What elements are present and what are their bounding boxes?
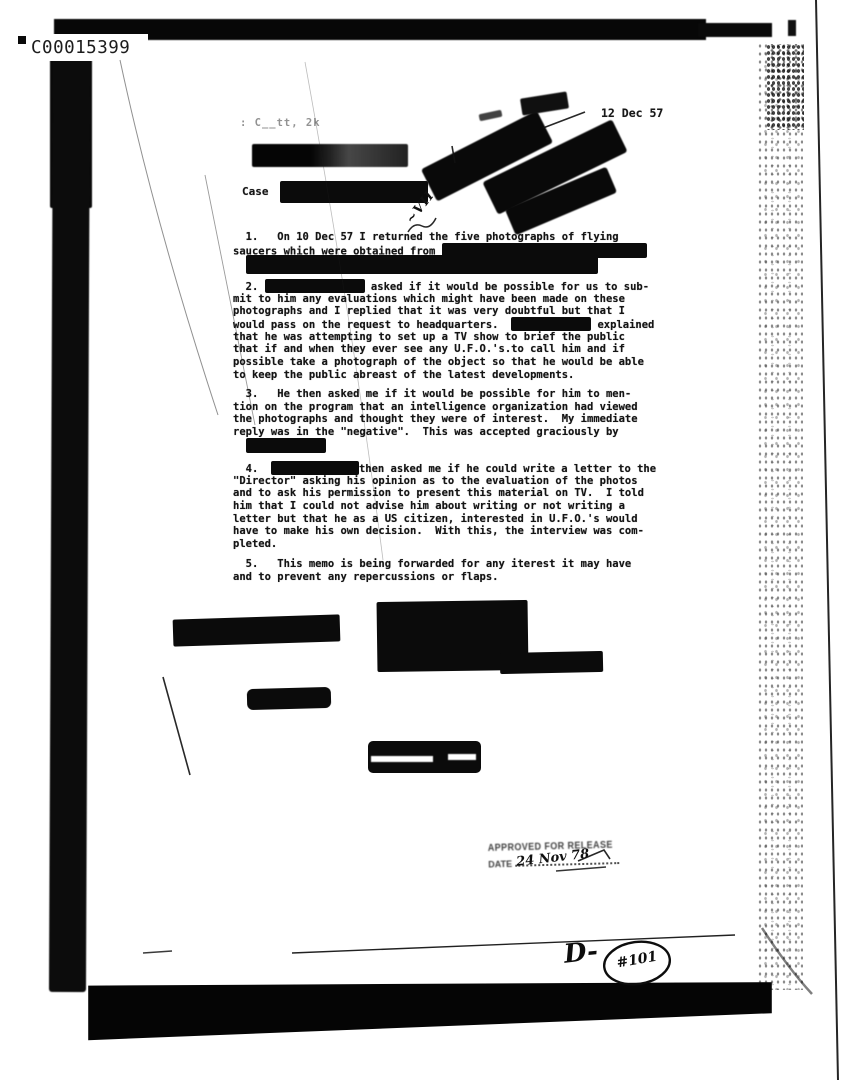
approval-stamp: APPROVED FOR RELEASE DATE 24 Nov 78 xyxy=(488,838,679,872)
redaction-bar xyxy=(252,144,408,167)
redaction-bar xyxy=(246,255,598,274)
memo-line: letter but that he as a US citizen, inte… xyxy=(233,513,678,526)
memo-line: tion on the program that an intelligence… xyxy=(233,401,678,414)
memo-line: that if and when they ever see any U.F.O… xyxy=(233,343,678,356)
doc-id: C00015399 xyxy=(31,38,130,58)
redaction-bar xyxy=(280,181,428,203)
ink-blob xyxy=(520,91,569,115)
memo-line: the photographs and thought they were of… xyxy=(233,413,678,426)
redaction-bar xyxy=(271,461,359,475)
scratch-line xyxy=(163,677,190,775)
scan-left-border xyxy=(49,58,90,992)
memo-line: 4. then asked me if he could write a let… xyxy=(233,462,678,475)
scan-top-right-mark xyxy=(788,20,796,36)
redaction-bar xyxy=(173,614,341,646)
redaction-bar xyxy=(500,651,603,674)
memo-line xyxy=(233,256,678,269)
redaction-bar xyxy=(246,438,326,453)
memo-line: to keep the public abreast of the latest… xyxy=(233,369,678,382)
scanned-memo-page: C00015399 : C__tt, 2k Case 12 Dec 57 ~VI… xyxy=(0,0,843,1080)
memo-line xyxy=(233,439,678,452)
redaction-bar xyxy=(511,317,591,331)
redaction-bar xyxy=(247,687,332,710)
scan-top-border-extension xyxy=(698,23,772,37)
footer-dash xyxy=(143,951,172,953)
redaction-bar xyxy=(368,741,481,773)
doc-id-chip xyxy=(18,36,26,44)
scan-right-speckle-dense xyxy=(766,44,804,130)
memo-line: would pass on the request to headquarter… xyxy=(233,318,678,331)
scan-right-speckle-band xyxy=(757,42,803,990)
ink-mark xyxy=(479,110,503,122)
memo-line: mit to him any evaluations which might h… xyxy=(233,293,678,306)
scan-top-border xyxy=(54,19,706,40)
footer-rule-line xyxy=(292,935,735,953)
memo-line: 2. asked if it would be possible for us … xyxy=(233,280,678,293)
page-edge-line xyxy=(816,0,838,1080)
memo-line: have to make his own decision. With this… xyxy=(233,525,678,538)
memo-paragraph: 4. then asked me if he could write a let… xyxy=(233,462,678,551)
memo-paragraph: 1. On 10 Dec 57 I returned the five phot… xyxy=(233,231,678,269)
memo-line: that he was attempting to set up a TV sh… xyxy=(233,331,678,344)
memo-line: him that I could not advise him about wr… xyxy=(233,500,678,513)
memo-line: and to ask his permission to present thi… xyxy=(233,487,678,500)
handwritten-d-annotation: D- xyxy=(563,936,600,969)
memo-line: and to prevent any repercussions or flap… xyxy=(233,571,678,584)
memo-paragraph: 3. He then asked me if it would be possi… xyxy=(233,388,678,451)
memo-paragraph: 2. asked if it would be possible for us … xyxy=(233,280,678,382)
memo-paragraph: 5. This memo is being forwarded for any … xyxy=(233,558,678,583)
memo-line: 5. This memo is being forwarded for any … xyxy=(233,558,678,571)
memo-line: 3. He then asked me if it would be possi… xyxy=(233,388,678,401)
faded-header-line: : C__tt, 2k xyxy=(240,117,321,129)
memo-line: photographs and I replied that it was ve… xyxy=(233,305,678,318)
case-label: Case xyxy=(242,185,269,198)
memo-line: pleted. xyxy=(233,538,678,551)
redaction-bar xyxy=(265,279,365,293)
scan-bottom-border xyxy=(88,982,772,1042)
memo-line: possible take a photograph of the object… xyxy=(233,356,678,369)
stamp-date-label: DATE xyxy=(488,859,512,870)
scratch-line xyxy=(120,60,218,415)
handwritten-number: #101 xyxy=(607,947,667,973)
pen-line xyxy=(543,112,585,128)
memo-date: 12 Dec 57 xyxy=(601,106,663,120)
memo-line: "Director" asking his opinion as to the … xyxy=(233,475,678,488)
